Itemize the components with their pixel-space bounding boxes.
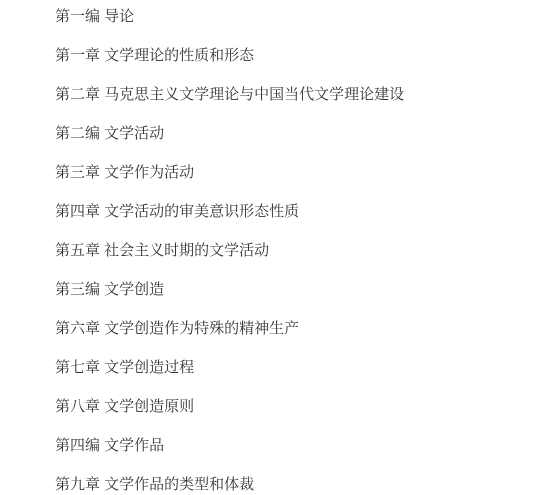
toc-chapter-title: 第四章 文学活动的审美意识形态性质 xyxy=(55,204,523,219)
toc-chapter-title: 第八章 文学创造原则 xyxy=(55,399,523,414)
toc-chapter-title: 第一章 文学理论的性质和形态 xyxy=(55,48,523,63)
toc-part-title: 第一编 导论 xyxy=(55,9,523,24)
toc-chapter-title: 第五章 社会主义时期的文学活动 xyxy=(55,243,523,258)
toc-chapter-title: 第九章 文学作品的类型和体裁 xyxy=(55,477,523,492)
toc-chapter-title: 第三章 文学作为活动 xyxy=(55,165,523,180)
toc-chapter-title: 第七章 文学创造过程 xyxy=(55,360,523,375)
toc-part-title: 第三编 文学创造 xyxy=(55,282,523,297)
toc-chapter-title: 第六章 文学创造作为特殊的精神生产 xyxy=(55,321,523,336)
toc-chapter-title: 第二章 马克思主义文学理论与中国当代文学理论建设 xyxy=(55,87,523,102)
table-of-contents: 第一编 导论第一章 文学理论的性质和形态第二章 马克思主义文学理论与中国当代文学… xyxy=(0,0,533,492)
toc-part-title: 第四编 文学作品 xyxy=(55,438,523,453)
toc-part-title: 第二编 文学活动 xyxy=(55,126,523,141)
